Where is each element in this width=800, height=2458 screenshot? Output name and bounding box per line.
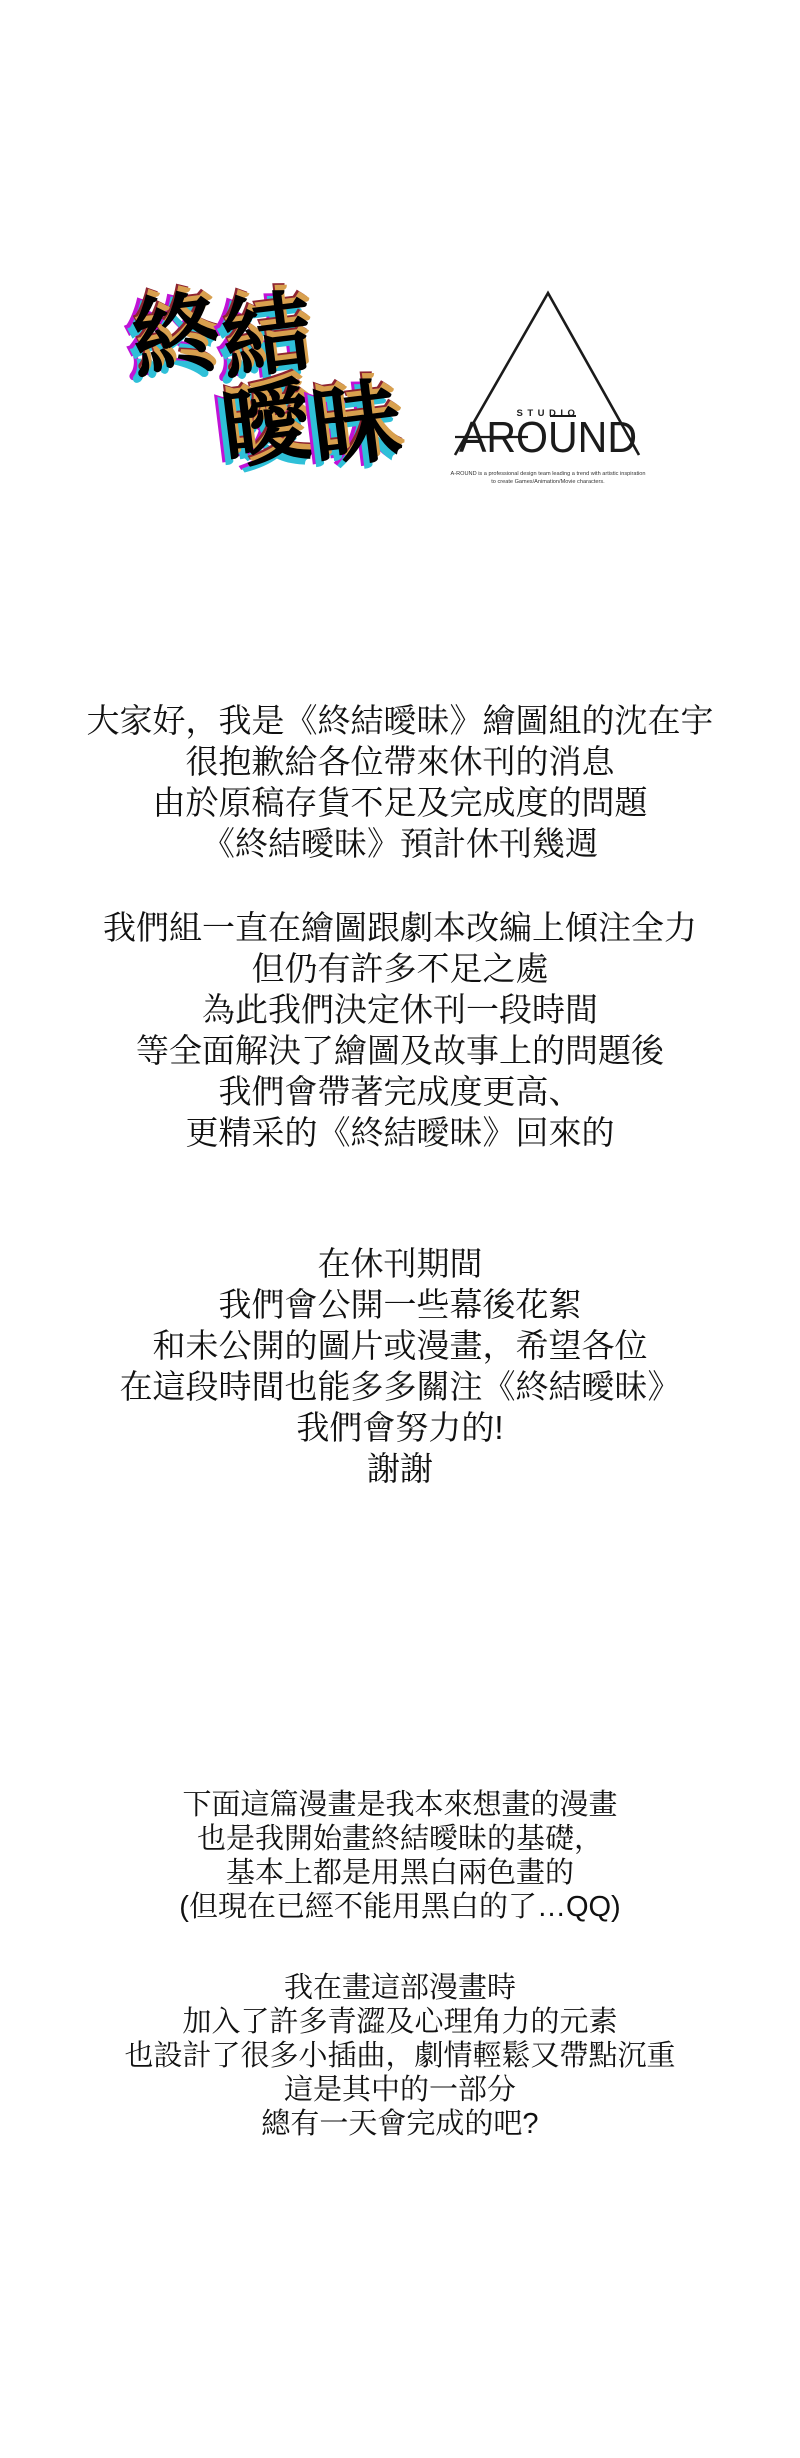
announcement-paragraph-3: 在休刊期間 我們會公開一些幕後花絮 和未公開的圖片或漫畫，希望各位 在這段時間也… — [0, 1243, 800, 1489]
announcement-line: 我們會努力的! — [0, 1407, 800, 1448]
announcement-paragraph-1: 大家好，我是《終結曖昧》繪圖組的沈在宇 很抱歉給各位帶來休刊的消息 由於原稿存貨… — [0, 700, 800, 864]
announcement-paragraph-5: 我在畫這部漫畫時 加入了許多青澀及心理角力的元素 也設計了很多小插曲，劇情輕鬆又… — [0, 1971, 800, 2141]
announcement-line: 但仍有許多不足之處 — [0, 948, 800, 989]
announcement-line: 加入了許多青澀及心理角力的元素 — [0, 2005, 800, 2039]
announcement-line: 我們會公開一些幕後花絮 — [0, 1284, 800, 1325]
announcement-line: 我們組一直在繪圖跟劇本改編上傾注全力 — [0, 907, 800, 948]
studio-tagline-line-1: A-ROUND is a professional design team le… — [451, 471, 646, 477]
announcement-line: 《終結曖昧》預計休刊幾週 — [0, 823, 800, 864]
announcement-line: 等全面解決了繪圖及故事上的問題後 — [0, 1030, 800, 1071]
announcement-line: 更精采的《終結曖昧》回來的 — [0, 1112, 800, 1153]
announcement-line: 大家好，我是《終結曖昧》繪圖組的沈在宇 — [0, 700, 800, 741]
announcement-line: 為此我們決定休刊一段時間 — [0, 989, 800, 1030]
announcement-line: 和未公開的圖片或漫畫，希望各位 — [0, 1325, 800, 1366]
announcement-line: 很抱歉給各位帶來休刊的消息 — [0, 741, 800, 782]
announcement-line: 總有一天會完成的吧? — [0, 2107, 800, 2141]
announcement-line: (但現在已經不能用黑白的了…QQ) — [0, 1890, 800, 1924]
announcement-line: 我在畫這部漫畫時 — [0, 1971, 800, 2005]
series-logo-line-1: 終結 — [132, 293, 312, 383]
announcement-line: 我們會帶著完成度更高、 — [0, 1071, 800, 1112]
announcement-line: 在休刊期間 — [0, 1243, 800, 1284]
studio-tagline-line-2: to create Games/Animation/Movie characte… — [491, 479, 605, 485]
announcement-paragraph-2: 我們組一直在繪圖跟劇本改編上傾注全力 但仍有許多不足之處 為此我們決定休刊一段時… — [0, 907, 800, 1153]
announcement-paragraph-4: 下面這篇漫畫是我本來想畫的漫畫 也是我開始畫終結曖昧的基礎， 基本上都是用黑白兩… — [0, 1788, 800, 1924]
announcement-line: 在這段時間也能多多關注《終結曖昧》 — [0, 1366, 800, 1407]
announcement-line: 也是我開始畫終結曖昧的基礎， — [0, 1822, 800, 1856]
announcement-line: 下面這篇漫畫是我本來想畫的漫畫 — [0, 1788, 800, 1822]
series-logo-line-2: 曖昧 — [222, 381, 402, 471]
announcement-line: 這是其中的一部分 — [0, 2073, 800, 2107]
announcement-line: 基本上都是用黑白兩色畫的 — [0, 1856, 800, 1890]
studio-around-logo: STUDIO AROUND A-ROUND is a professional … — [448, 283, 648, 493]
announcement-line: 也設計了很多小插曲，劇情輕鬆又帶點沉重 — [0, 2039, 800, 2073]
announcement-line: 謝謝 — [0, 1448, 800, 1489]
announcement-line: 由於原稿存貨不足及完成度的問題 — [0, 782, 800, 823]
